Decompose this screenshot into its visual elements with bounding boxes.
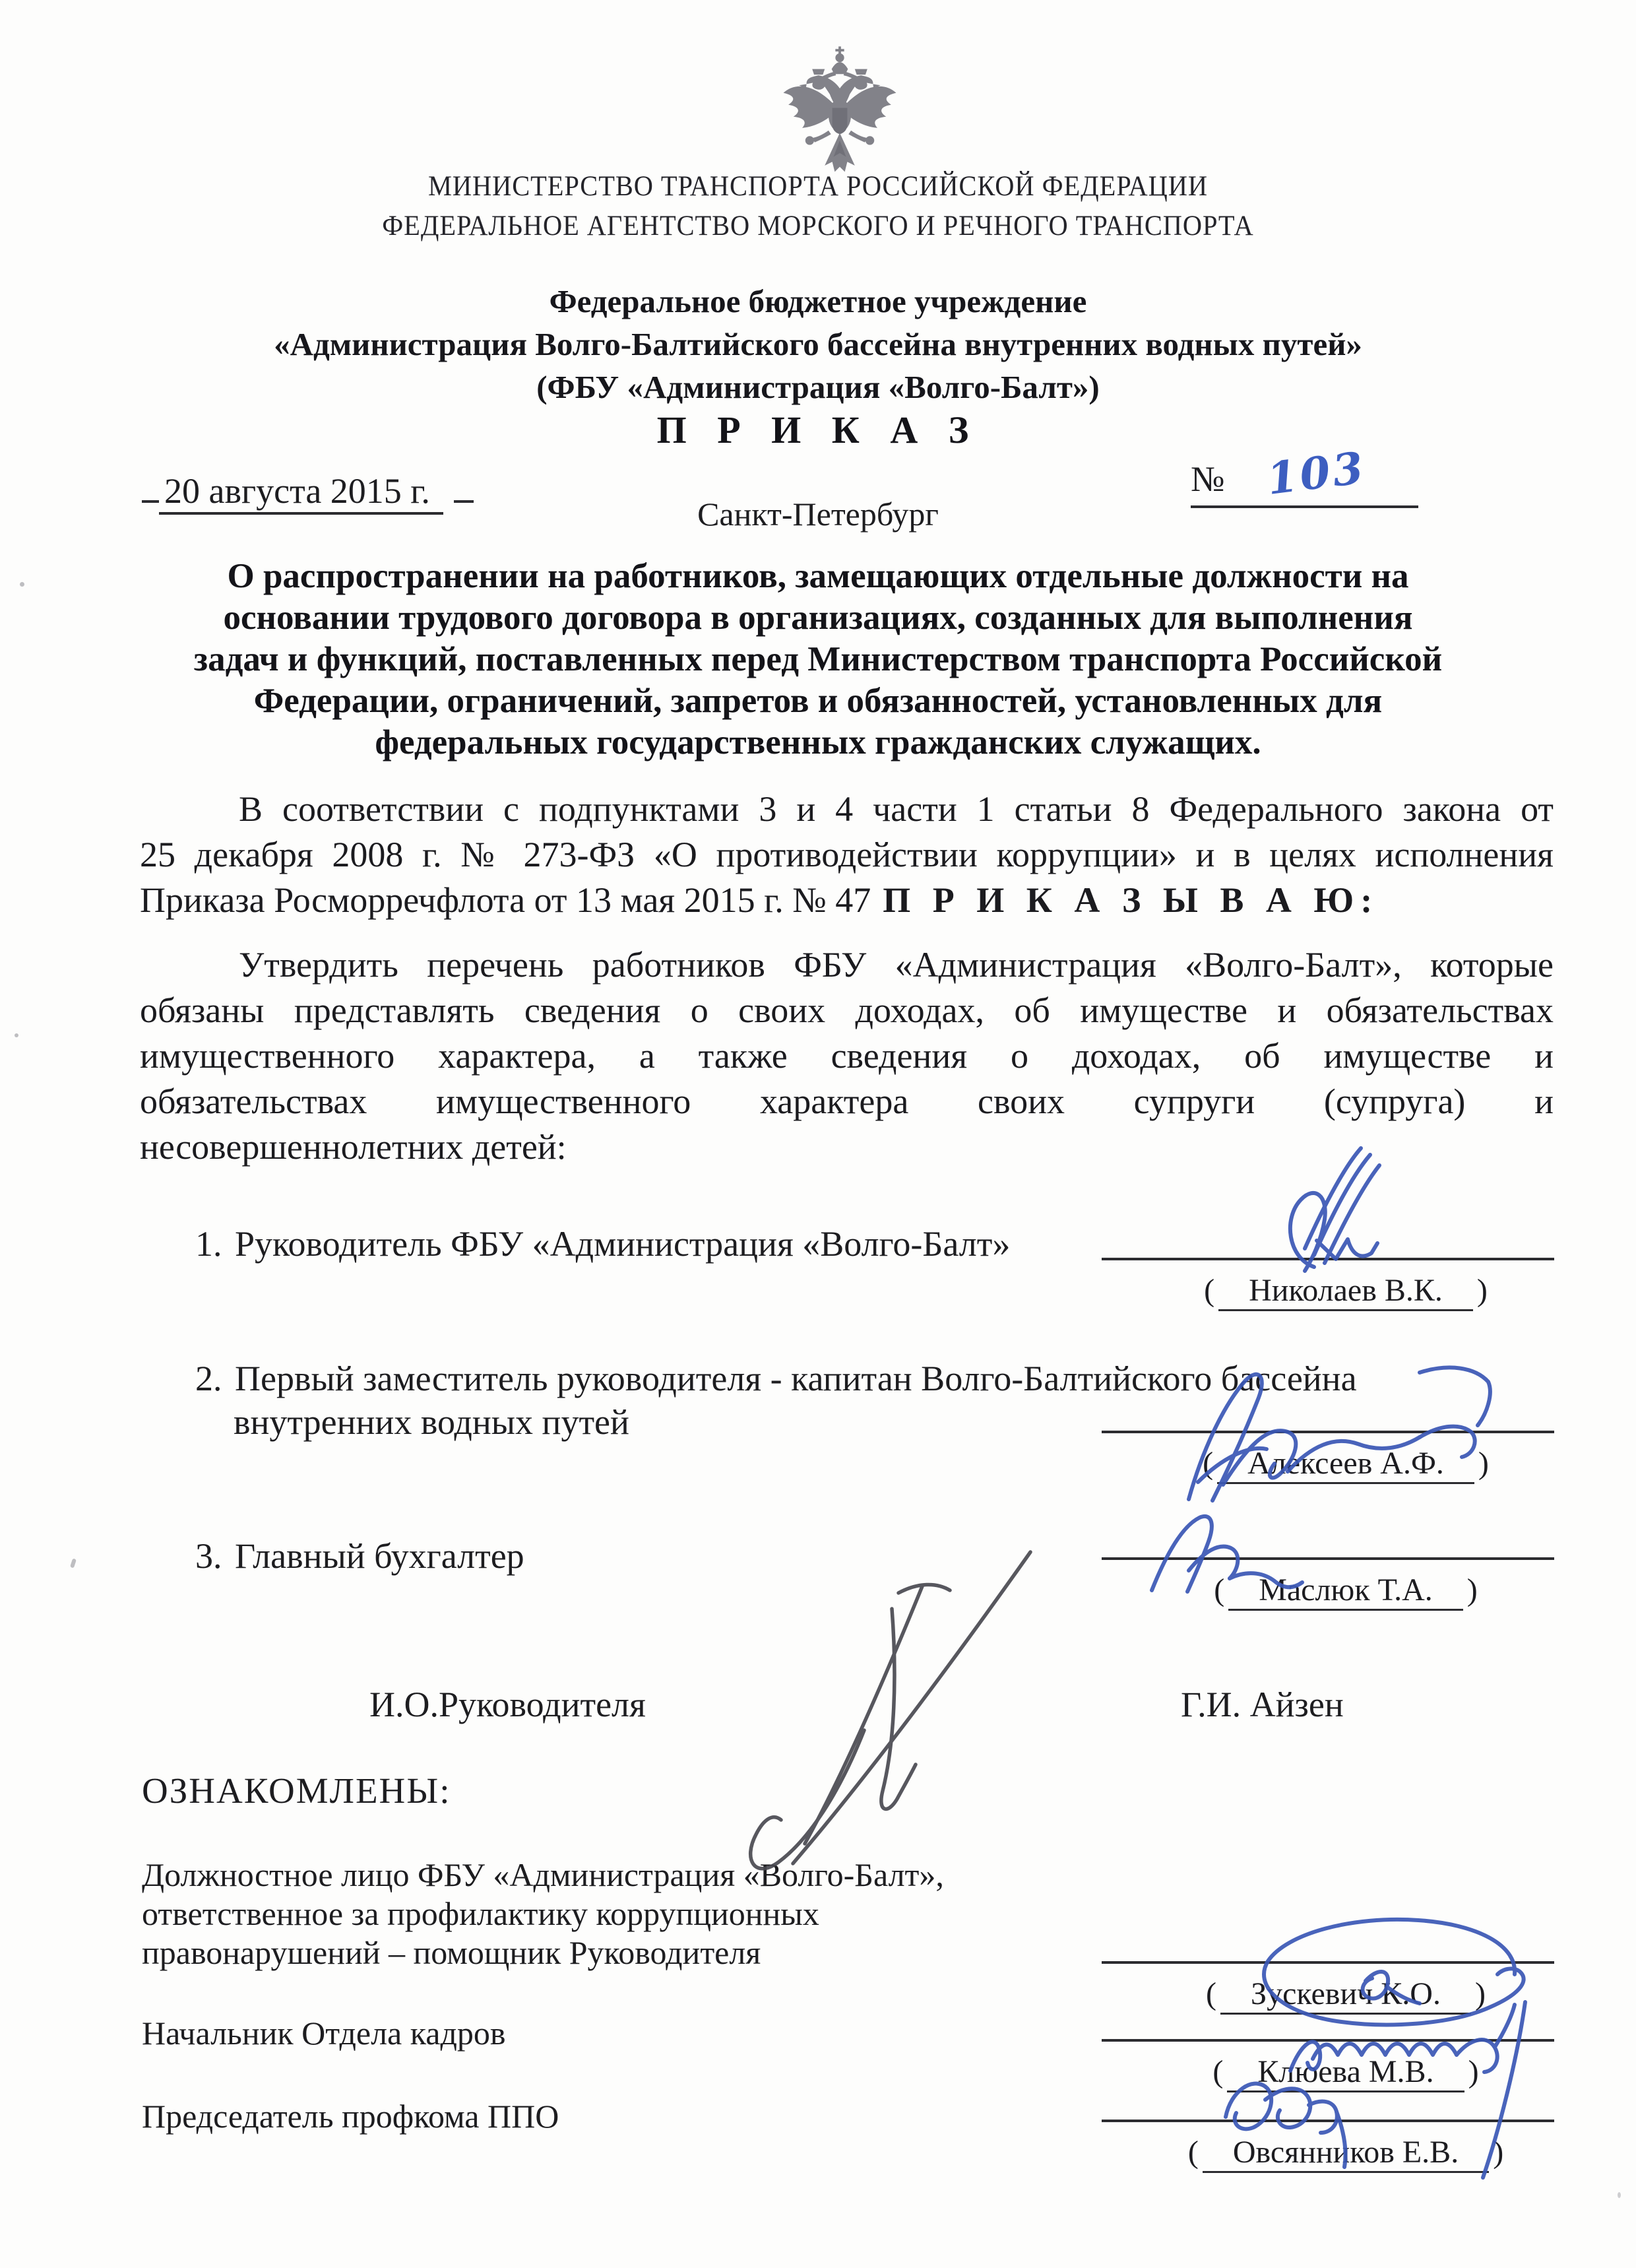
list-item-3: 3. Главный бухгалтер	[195, 1534, 524, 1578]
preamble-paragraph: В соответствии с подпунктами 3 и 4 части…	[140, 787, 1554, 923]
org-full-name: «Администрация Волго-Балтийского бассейн…	[0, 325, 1636, 363]
list-item-number: 1.	[195, 1222, 235, 1266]
paren-close: )	[1489, 2135, 1507, 2170]
acting-head-name: Г.И. Айзен	[1181, 1684, 1344, 1725]
resolution-paragraph: Утвердить перечень работников ФБУ «Админ…	[140, 942, 1554, 1170]
preamble-line: В соответствии с подпунктами 3 и 4 части…	[239, 789, 1554, 829]
ack-position-line: правонарушений – помощник Руководителя	[142, 1933, 944, 1972]
paren-open: (	[1200, 1273, 1218, 1308]
order-title-line: задач и функций, поставленных перед Мини…	[112, 639, 1524, 680]
paren-close: )	[1474, 1446, 1493, 1481]
scan-speck	[1618, 2192, 1621, 2198]
signatory-name-row: (Маслюк Т.А.)	[1121, 1572, 1570, 1608]
scan-speck	[15, 1033, 18, 1037]
paren-open: (	[1209, 2054, 1227, 2089]
scan-speck	[70, 1558, 77, 1568]
signatory-name-row: (Овсянников Е.В.)	[1121, 2134, 1570, 2170]
signature-line	[1102, 1258, 1554, 1260]
paren-close: )	[1463, 1572, 1482, 1607]
signatory-name-row: (Зускевич К.О.)	[1121, 1976, 1570, 2012]
list-item-2: 2. Первый заместитель руководителя - кап…	[195, 1357, 1357, 1400]
ministry-name: МИНИСТЕРСТВО ТРАНСПОРТА РОССИЙСКОЙ ФЕДЕР…	[49, 170, 1587, 203]
order-title-line: основании трудового договора в организац…	[112, 597, 1524, 639]
order-title-line: О распространении на работников, замещаю…	[112, 556, 1524, 597]
ack-position-line: ответственное за профилактику коррупцион…	[142, 1895, 944, 1933]
order-title: О распространении на работников, замещаю…	[112, 556, 1524, 763]
ack-item-1-position: Должностное лицо ФБУ «Администрация «Вол…	[142, 1856, 944, 1972]
ack-item-3-position: Председатель профкома ППО	[142, 2097, 559, 2136]
scan-speck	[20, 582, 24, 587]
order-title-line: Федерации, ограничений, запретов и обяза…	[112, 680, 1524, 722]
signatory-name-row: (Алексеев А.Ф.)	[1121, 1445, 1570, 1481]
acknowledged-heading: ОЗНАКОМЛЕНЫ:	[142, 1770, 451, 1811]
list-item-number: 3.	[195, 1534, 235, 1578]
paren-open: (	[1199, 1446, 1217, 1481]
ack-position-line: Должностное лицо ФБУ «Администрация «Вол…	[142, 1856, 944, 1895]
signatory-name: Алексеев А.Ф.	[1217, 1446, 1474, 1484]
signatory-name: Маслюк Т.А.	[1228, 1572, 1463, 1611]
doc-type-heading: П Р И К А З	[0, 408, 1636, 452]
resolution-line: несовершеннолетних детей:	[140, 1124, 1554, 1170]
list-item-position: Главный бухгалтер	[235, 1534, 524, 1578]
list-item-number: 2.	[195, 1357, 235, 1400]
preamble-line: 25 декабря 2008 г. № 273-ФЗ «О противоде…	[140, 832, 1554, 878]
signature-line	[1102, 2120, 1554, 2122]
prikazyvayu-emphasis: П Р И К А З Ы В А Ю:	[883, 880, 1379, 920]
paren-open: (	[1184, 2135, 1203, 2170]
list-item-2-line2: внутренних водных путей	[234, 1402, 629, 1442]
issue-city: Санкт-Петербург	[0, 495, 1636, 533]
org-type: Федеральное бюджетное учреждение	[0, 282, 1636, 320]
signatory-name: Клюева М.В.	[1227, 2054, 1464, 2092]
signature-line	[1102, 2039, 1554, 2042]
acting-head-position: И.О.Руководителя	[369, 1684, 646, 1725]
document-page: МИНИСТЕРСТВО ТРАНСПОРТА РОССИЙСКОЙ ФЕДЕР…	[0, 0, 1636, 2268]
signature-line	[1102, 1557, 1554, 1560]
paren-close: )	[1464, 2054, 1483, 2089]
paren-open: (	[1210, 1572, 1228, 1607]
resolution-line: Утвердить перечень работников ФБУ «Админ…	[239, 945, 1554, 985]
org-short-name: (ФБУ «Администрация «Волго-Балт»)	[0, 368, 1636, 406]
paren-close: )	[1471, 1976, 1490, 2011]
list-item-position: Первый заместитель руководителя - капита…	[235, 1357, 1357, 1400]
signature-line	[1102, 1961, 1554, 1964]
signatory-name: Овсянников Е.В.	[1203, 2135, 1489, 2173]
signatory-name: Николаев В.К.	[1218, 1273, 1473, 1311]
resolution-line: имущественного характера, а также сведен…	[140, 1033, 1554, 1079]
preamble-line: Приказа Росморречфлота от 13 мая 2015 г.…	[140, 880, 871, 920]
resolution-line: обязательствах имущественного характера …	[140, 1079, 1554, 1124]
list-item-position: Руководитель ФБУ «Администрация «Волго-Б…	[235, 1222, 1010, 1266]
signatory-name-row: (Николаев В.К.)	[1121, 1272, 1570, 1309]
signature-ayzen	[751, 1552, 1030, 1869]
ack-item-2-position: Начальник Отдела кадров	[142, 2014, 506, 2053]
number-sign: №	[1191, 459, 1225, 499]
scanned-order-document: { "labels": { "paren_open": "(", "paren_…	[0, 0, 1636, 2268]
agency-name: ФЕДЕРАЛЬНОЕ АГЕНТСТВО МОРСКОГО И РЕЧНОГО…	[49, 210, 1587, 242]
paren-close: )	[1473, 1273, 1492, 1308]
signature-line	[1102, 1431, 1554, 1433]
list-item-1: 1. Руководитель ФБУ «Администрация «Волг…	[195, 1222, 1010, 1266]
signatory-name: Зускевич К.О.	[1220, 1976, 1471, 2015]
resolution-line: обязаны представлять сведения о своих до…	[140, 988, 1554, 1033]
signatory-name-row: (Клюева М.В.)	[1121, 2054, 1570, 2090]
coat-of-arms-eagle-icon	[777, 45, 902, 183]
paren-open: (	[1202, 1976, 1220, 2011]
order-title-line: федеральных государственных гражданских …	[112, 722, 1524, 763]
